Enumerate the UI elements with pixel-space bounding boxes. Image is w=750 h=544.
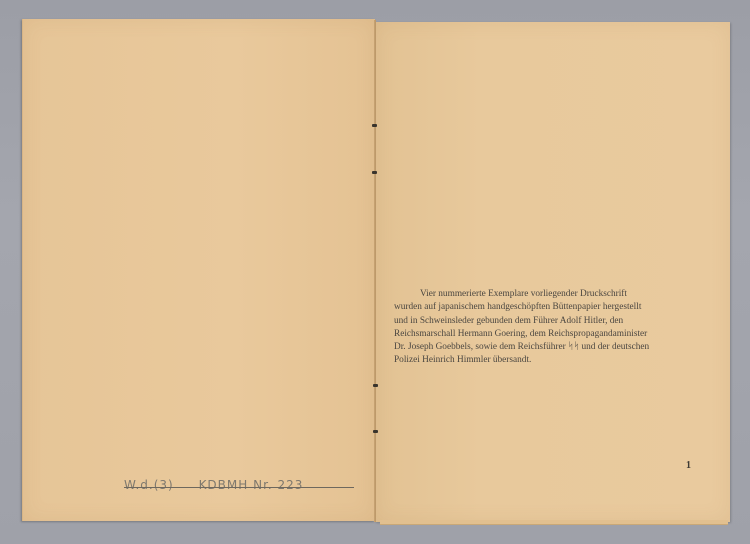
stitch-hole: [373, 430, 378, 433]
struck-text: W.d.(3): [124, 478, 174, 492]
pencil-annotation: W.d.(3) KDBMH Nr. 223: [124, 478, 303, 492]
stitch-hole: [372, 171, 377, 174]
page-number: 1: [686, 460, 691, 471]
text-line: wurden auf japanischem handgeschöpften B…: [394, 301, 708, 314]
strikethrough-line: [124, 487, 354, 488]
text-line: Dr. Joseph Goebbels, sowie dem Reichsfüh…: [394, 341, 708, 354]
stitch-hole: [372, 124, 377, 127]
stitch-hole: [373, 384, 378, 387]
left-page: [22, 19, 375, 521]
right-page: [375, 22, 730, 522]
catalog-reference: KDBMH Nr. 223: [199, 478, 304, 492]
spine-gutter: [374, 20, 376, 522]
page-edges: [380, 520, 728, 525]
dedication-text: Vier nummerierte Exemplare vorliegender …: [394, 288, 708, 368]
text-line: Reichsmarschall Hermann Goering, dem Rei…: [394, 328, 708, 341]
text-line: und in Schweinsleder gebunden dem Führer…: [394, 315, 708, 328]
text-line: Polizei Heinrich Himmler übersandt.: [394, 354, 708, 367]
text-line: Vier nummerierte Exemplare vorliegender …: [394, 288, 708, 301]
